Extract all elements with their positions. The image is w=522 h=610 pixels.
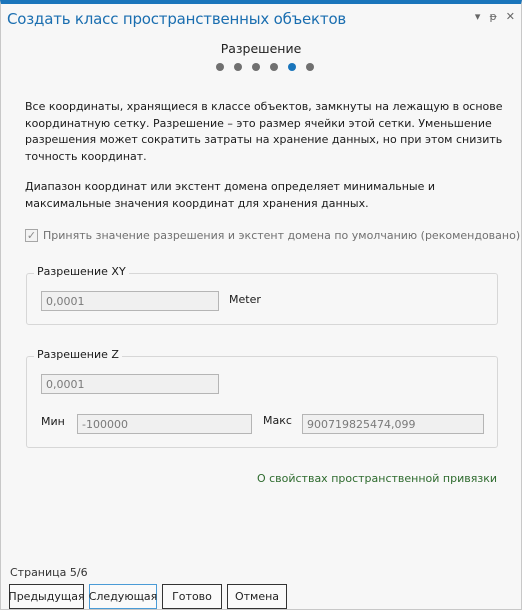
xy-resolution-group: Разрешение XY 0,0001 Meter (26, 273, 498, 325)
step-indicator (216, 63, 314, 71)
accept-defaults-label: Принять значение разрешения и экстент до… (43, 229, 520, 242)
step-dot-1[interactable] (216, 63, 224, 71)
step-dot-4[interactable] (270, 63, 278, 71)
xy-unit-label: Meter (229, 293, 261, 306)
z-resolution-input[interactable]: 0,0001 (41, 374, 219, 394)
z-min-input[interactable]: -100000 (77, 414, 252, 434)
pane-title: Создать класс пространственных объектов (7, 10, 346, 28)
previous-button[interactable]: Предыдущая (9, 584, 84, 609)
accept-defaults-checkbox-row[interactable]: ✓ Принять значение разрешения и экстент … (25, 229, 520, 242)
xy-resolution-input[interactable]: 0,0001 (41, 291, 219, 311)
step-dot-5[interactable] (288, 63, 296, 71)
z-max-label: Макс (263, 414, 292, 427)
z-resolution-group: Разрешение Z 0,0001 Мин -100000 Макс 900… (26, 356, 498, 448)
cancel-button[interactable]: Отмена (227, 584, 287, 609)
close-icon[interactable]: ✕ (506, 10, 515, 23)
next-button[interactable]: Следующая (89, 584, 157, 609)
pin-icon[interactable]: ᵽ (489, 10, 496, 23)
spatial-reference-help-link[interactable]: О свойствах пространственной привязки (257, 472, 497, 485)
z-max-input[interactable]: 900719825474,099 (302, 414, 484, 434)
z-resolution-legend: Разрешение Z (34, 348, 122, 361)
menu-dropdown-icon[interactable]: ▾ (475, 10, 481, 23)
finish-button[interactable]: Готово (162, 584, 222, 609)
step-dot-3[interactable] (252, 63, 260, 71)
accept-defaults-checkbox[interactable]: ✓ (25, 229, 38, 242)
page-indicator: Страница 5/6 (10, 566, 88, 579)
z-min-label: Мин (41, 415, 65, 428)
window-controls: ▾ ᵽ ✕ (475, 10, 515, 23)
description-resolution: Все координаты, хранящиеся в классе объе… (25, 99, 505, 165)
step-dot-2[interactable] (234, 63, 242, 71)
step-dot-6[interactable] (306, 63, 314, 71)
create-feature-class-pane: Создать класс пространственных объектов … (0, 0, 522, 610)
step-title: Разрешение (1, 41, 521, 56)
description-extent: Диапазон координат или экстент домена оп… (25, 179, 505, 212)
xy-resolution-legend: Разрешение XY (34, 265, 129, 278)
